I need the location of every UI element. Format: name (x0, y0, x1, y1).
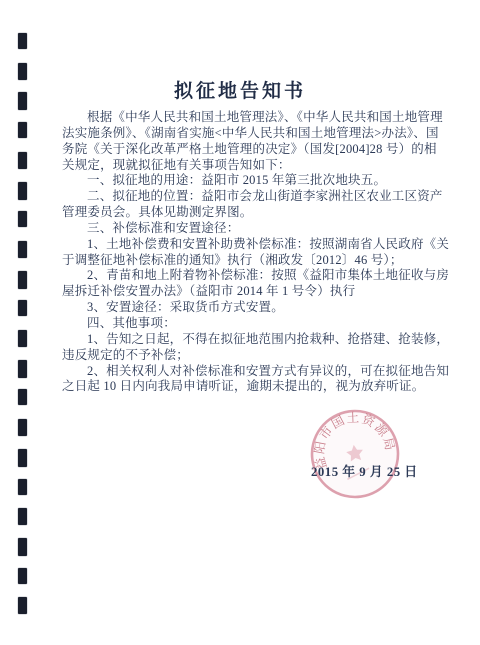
document-line: 一、拟征地的用途：益阳市 2015 年第三批次地块五。 (62, 173, 452, 189)
document-line: 根据《中华人民共和国土地管理法》、《中华人民共和国土地管理 (62, 110, 452, 126)
document-line: 1、告知之日起，不得在拟征地范围内抢栽种、抢搭建、抢装修， (62, 332, 452, 348)
binding-mark (18, 33, 27, 49)
document-line: 法实施条例》、《湖南省实施<中华人民共和国土地管理法>办法》、国 (62, 126, 452, 142)
binding-mark (18, 300, 27, 316)
document-line: 1、土地补偿费和安置补助费补偿标准：按照湖南省人民政府《关 (62, 237, 452, 253)
binding-mark (18, 271, 27, 289)
binding-mark (18, 152, 27, 169)
binding-mark (18, 597, 27, 614)
binding-mark (18, 241, 27, 258)
document-line: 关规定，现就拟征地有关事项告知如下： (62, 158, 452, 174)
issue-date: 2015 年 9 月 25 日 (311, 461, 418, 480)
document-line: 管理委员会。具体见勘测定界图。 (62, 205, 452, 221)
document-line: 于调整征地补偿标准的通知》执行（湘政发〔2012〕46 号）； (62, 253, 452, 269)
binding-mark (18, 419, 27, 436)
binding-mark (18, 479, 27, 495)
binding-mark (18, 360, 27, 378)
document-line: 屋拆迁补偿安置办法》（益阳市 2014 年 1 号令）执行 (62, 284, 452, 300)
binding-mark (18, 182, 27, 200)
document-line: 务院《关于深化改革严格土地管理的决定》（国发[2004]28 号）的相 (62, 142, 452, 158)
binding-mark (18, 211, 27, 227)
binding-mark (18, 538, 27, 556)
document-line: 四、其他事项： (62, 316, 452, 332)
scanned-document-page: 拟征地告知书 根据《中华人民共和国土地管理法》、《中华人民共和国土地管理法实施条… (0, 0, 480, 645)
binding-mark (18, 508, 27, 525)
document-line: 2、相关权利人对补偿标准和安置方式有异议的，可在拟征地告知 (62, 364, 452, 380)
document-body: 根据《中华人民共和国土地管理法》、《中华人民共和国土地管理法实施条例》、《湖南省… (62, 110, 452, 395)
binding-mark (18, 330, 27, 347)
document-line: 违反规定的不予补偿； (62, 348, 452, 364)
official-seal-stamp: 益阳市国土资源局 (307, 406, 403, 502)
binding-mark (18, 389, 27, 405)
binding-mark (18, 568, 27, 584)
document-line: 之日起 10 日内向我局申请听证，逾期未提出的，视为放弃听证。 (62, 379, 452, 395)
document-line: 二、拟征地的位置：益阳市会龙山街道李家洲社区农业工区资产 (62, 189, 452, 205)
document-title: 拟征地告知书 (0, 76, 480, 103)
binding-mark (18, 122, 27, 138)
document-line: 三、补偿标准和安置途径： (62, 221, 452, 237)
binding-mark (18, 449, 27, 467)
document-line: 3、安置途径：采取货币方式安置。 (62, 300, 452, 316)
document-line: 2、青苗和地上附着物补偿标准：按照《益阳市集体土地征收与房 (62, 268, 452, 284)
